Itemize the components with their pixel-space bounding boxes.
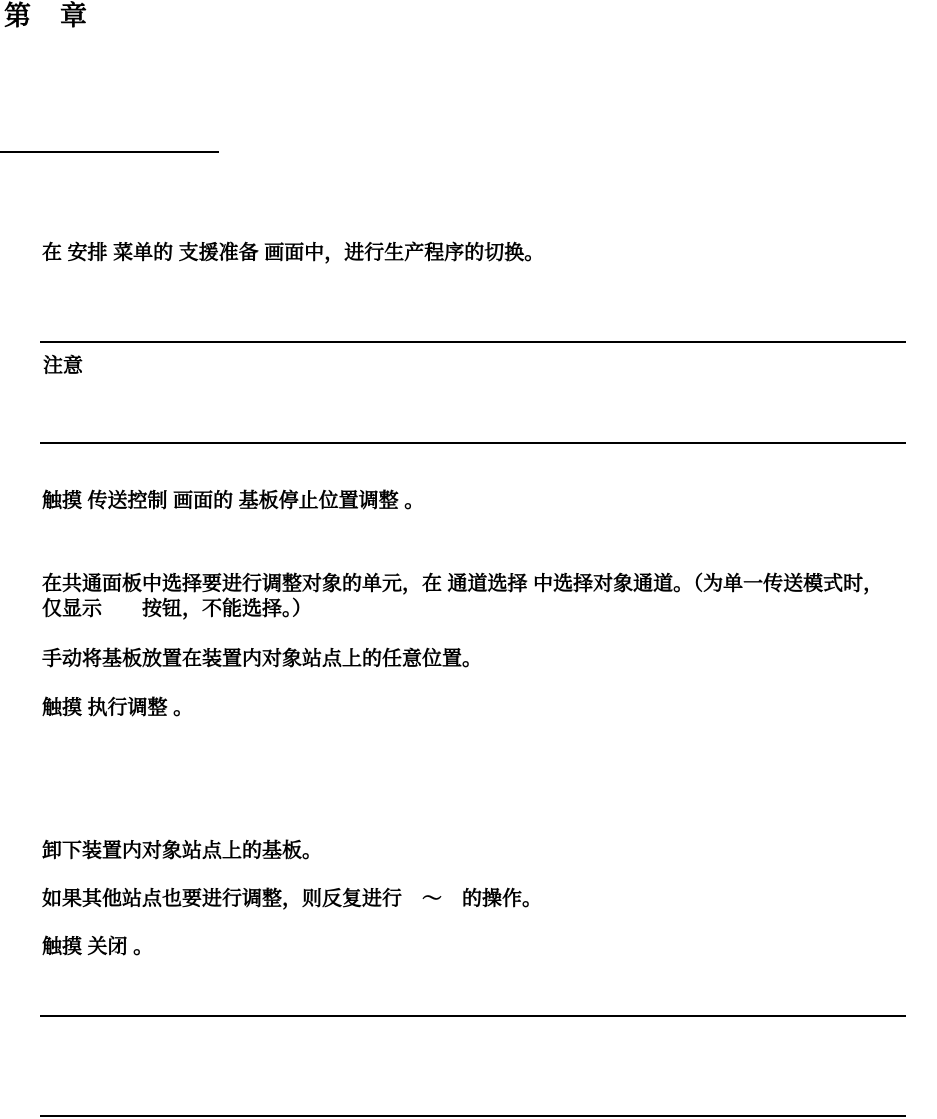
step-text-5: 卸下装置内对象站点上的基板。	[42, 839, 322, 864]
chapter-heading: 第 章	[4, 1, 88, 32]
step-text-7: 触摸 关闭 。	[42, 935, 153, 960]
notice-box-bottom-divider	[40, 442, 906, 444]
footer-bottom-divider	[40, 1115, 906, 1117]
step-text-2-line-2: 仅显示 按钮，不能选择。）	[42, 597, 312, 622]
step-text-3: 手动将基板放置在装置内对象站点上的任意位置。	[42, 647, 482, 672]
notice-label: 注意	[43, 354, 83, 379]
step-text-4: 触摸 执行调整 。	[42, 696, 193, 721]
notice-box-top-divider	[40, 341, 906, 343]
manual-document-page: 第 章 在 安排 菜单的 支援准备 画面中，进行生产程序的切换。 注意 触摸 传…	[0, 0, 937, 1119]
chapter-divider	[0, 151, 219, 153]
footer-top-divider	[40, 1015, 906, 1017]
step-text-2-line-1: 在共通面板中选择要进行调整对象的单元，在 通道选择 中选择对象通道。（为单一传送…	[42, 572, 883, 597]
intro-text: 在 安排 菜单的 支援准备 画面中，进行生产程序的切换。	[42, 241, 544, 266]
step-text-6: 如果其他站点也要进行调整，则反复进行 ～ 的操作。	[42, 887, 542, 912]
step-text-1: 触摸 传送控制 画面的 基板停止位置调整 。	[42, 489, 424, 514]
